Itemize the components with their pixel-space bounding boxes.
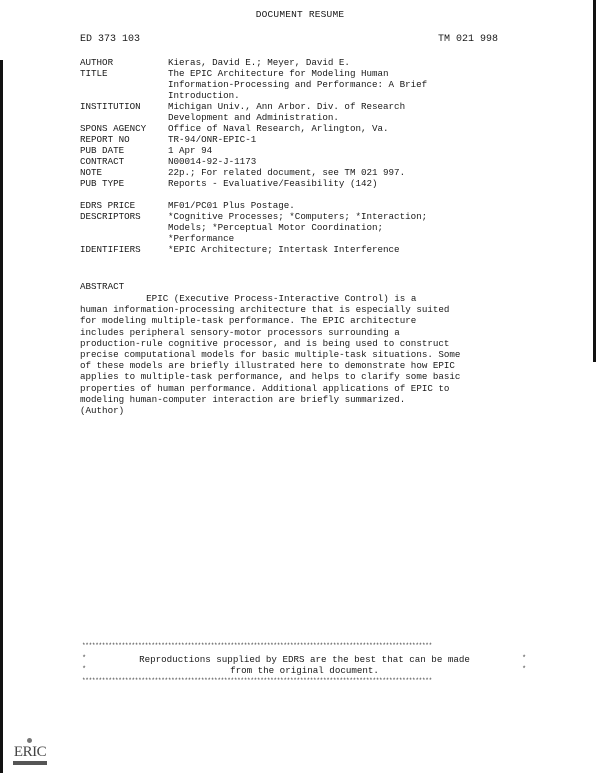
- field-pub-type: PUB TYPE Reports - Evaluative/Feasibilit…: [80, 178, 540, 189]
- document-title: DOCUMENT RESUME: [0, 9, 600, 20]
- metadata-fields: AUTHOR Kieras, David E.; Meyer, David E.…: [80, 57, 540, 255]
- field-value: Michigan Univ., Ann Arbor. Div. of Resea…: [168, 101, 540, 123]
- scan-edge-right: [593, 0, 596, 362]
- field-label: AUTHOR: [80, 57, 168, 68]
- field-edrs-price: EDRS PRICE MF01/PC01 Plus Postage.: [80, 200, 540, 211]
- reproduction-note-line1: Reproductions supplied by EDRS are the b…: [82, 654, 527, 665]
- field-label: REPORT NO: [80, 134, 168, 145]
- field-value: N00014-92-J-1173: [168, 156, 540, 167]
- logo-emblem-icon: [27, 738, 32, 743]
- tm-number: TM 021 998: [438, 34, 498, 45]
- abstract-label: ABSTRACT: [80, 281, 124, 292]
- field-value: Office of Naval Research, Arlington, Va.: [168, 123, 540, 134]
- ed-number: ED 373 103: [80, 34, 140, 45]
- field-label: NOTE: [80, 167, 168, 178]
- logo-text: ERIC: [13, 744, 47, 761]
- field-identifiers: IDENTIFIERS *EPIC Architecture; Intertas…: [80, 244, 540, 255]
- field-institution: INSTITUTION Michigan Univ., Ann Arbor. D…: [80, 101, 540, 123]
- field-label: DESCRIPTORS: [80, 211, 168, 244]
- field-label: TITLE: [80, 68, 168, 101]
- field-value: 22p.; For related document, see TM 021 9…: [168, 167, 540, 178]
- field-value: Kieras, David E.; Meyer, David E.: [168, 57, 540, 68]
- logo-bar: [13, 761, 47, 765]
- field-value: TR-94/ONR-EPIC-1: [168, 134, 540, 145]
- field-label: INSTITUTION: [80, 101, 168, 123]
- field-label: PUB TYPE: [80, 178, 168, 189]
- field-title: TITLE The EPIC Architecture for Modeling…: [80, 68, 540, 101]
- field-value: 1 Apr 94: [168, 145, 540, 156]
- field-value: MF01/PC01 Plus Postage.: [168, 200, 540, 211]
- field-pub-date: PUB DATE 1 Apr 94: [80, 145, 540, 156]
- star-border-top: ****************************************…: [82, 642, 527, 650]
- field-label: PUB DATE: [80, 145, 168, 156]
- eric-logo: ERIC: [13, 738, 47, 768]
- document-page: DOCUMENT RESUME ED 373 103 TM 021 998 AU…: [0, 0, 600, 773]
- field-note: NOTE 22p.; For related document, see TM …: [80, 167, 540, 178]
- field-value: *EPIC Architecture; Intertask Interferen…: [168, 244, 540, 255]
- star-border-bottom: ****************************************…: [82, 677, 527, 685]
- field-label: SPONS AGENCY: [80, 123, 168, 134]
- abstract-text: EPIC (Executive Process-Interactive Cont…: [80, 293, 520, 416]
- field-descriptors: DESCRIPTORS *Cognitive Processes; *Compu…: [80, 211, 540, 244]
- field-author: AUTHOR Kieras, David E.; Meyer, David E.: [80, 57, 540, 68]
- field-label: IDENTIFIERS: [80, 244, 168, 255]
- field-value: *Cognitive Processes; *Computers; *Inter…: [168, 211, 540, 244]
- field-value: The EPIC Architecture for Modeling Human…: [168, 68, 540, 101]
- field-spons-agency: SPONS AGENCY Office of Naval Research, A…: [80, 123, 540, 134]
- field-label: EDRS PRICE: [80, 200, 168, 211]
- reproduction-note-line2: from the original document.: [82, 665, 527, 676]
- spacer: [80, 189, 540, 200]
- field-label: CONTRACT: [80, 156, 168, 167]
- field-contract: CONTRACT N00014-92-J-1173: [80, 156, 540, 167]
- field-report-no: REPORT NO TR-94/ONR-EPIC-1: [80, 134, 540, 145]
- scan-edge-left: [0, 60, 3, 773]
- field-value: Reports - Evaluative/Feasibility (142): [168, 178, 540, 189]
